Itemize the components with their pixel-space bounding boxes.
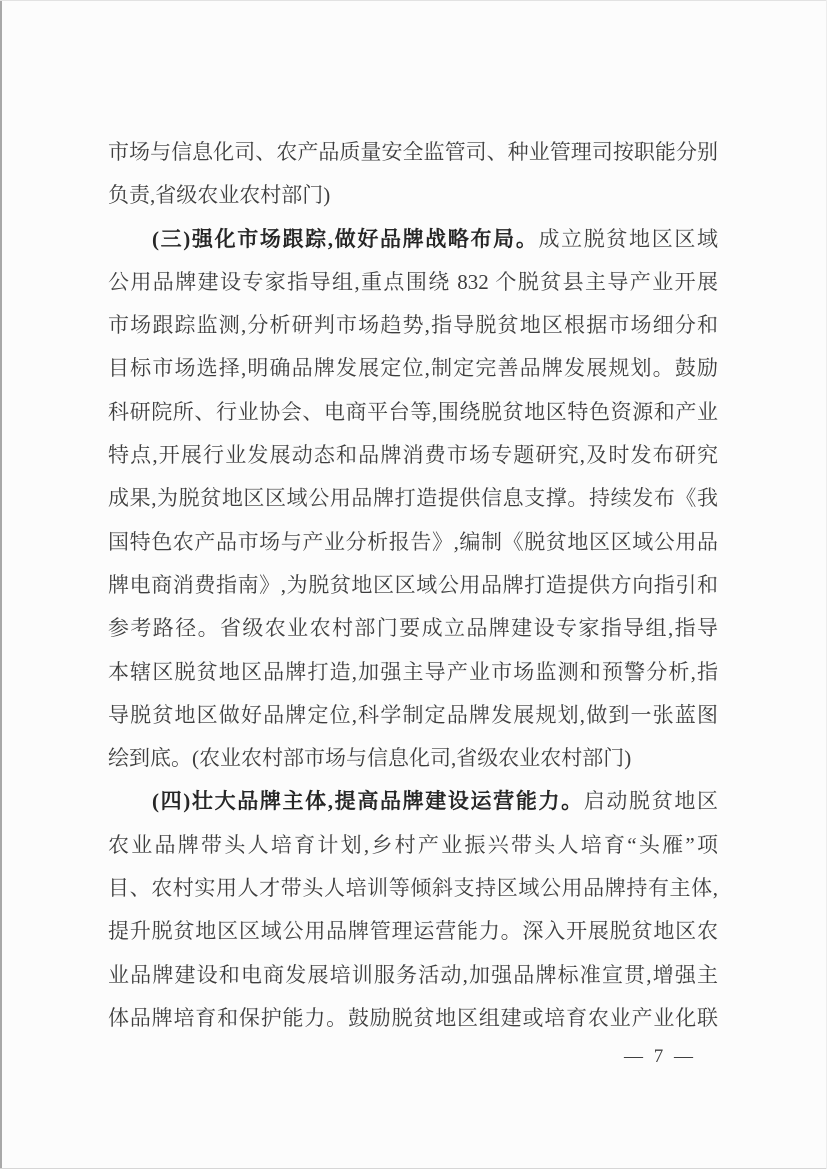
text-line: 参考路径。省级农业农村部门要成立品牌建设专家指导组,指导 [108,607,718,650]
scan-edge-top [0,0,827,1]
text-line-text: 业品牌建设和电商发展培训服务活动,加强品牌标准宣贯,增强主 [108,963,718,987]
text-line-text: 本辖区脱贫地区品牌打造,加强主导产业市场监测和预警分析,指 [108,660,718,684]
text-line-text: 科研院所、行业协会、电商平台等,围绕脱贫地区特色资源和产业 [108,400,718,424]
text-line-section-heading: (三)强化市场跟踪,做好品牌战略布局。成立脱贫地区区域 [108,218,718,261]
text-line-text: 牌电商消费指南》,为脱贫地区区域公用品牌打造提供方向指引和 [108,573,718,597]
scan-edge-left [0,0,2,1169]
text-line: 导脱贫地区做好品牌定位,科学制定品牌发展规划,做到一张蓝图 [108,694,718,737]
text-line: 目、农村实用人才带头人培训等倾斜支持区域公用品牌持有主体, [108,867,718,910]
text-line: 科研院所、行业协会、电商平台等,围绕脱贫地区特色资源和产业 [108,391,718,434]
text-line-text: 体品牌培育和保护能力。鼓励脱贫地区组建或培育农业产业化联 [108,1006,718,1030]
text-line-text: 国特色农产品市场与产业分析报告》,编制《脱贫地区区域公用品 [108,530,718,554]
text-line-text: 公用品牌建设专家指导组,重点围绕 832 个脱贫县主导产业开展 [108,270,718,294]
text-line: 体品牌培育和保护能力。鼓励脱贫地区组建或培育农业产业化联 [108,997,718,1040]
document-page: 市场与信息化司、农产品质量安全监管司、种业管理司按职能分别 负责,省级农业农村部… [0,0,827,1169]
text-line: 成果,为脱贫地区区域公用品牌打造提供信息支撑。持续发布《我 [108,477,718,520]
text-line: 市场与信息化司、农产品质量安全监管司、种业管理司按职能分别 [108,131,718,174]
text-line: 特点,开展行业发展动态和品牌消费市场专题研究,及时发布研究 [108,434,718,477]
text-line-bold: (三)强化市场跟踪,做好品牌战略布局。 [152,227,538,251]
text-line-text: 成果,为脱贫地区区域公用品牌打造提供信息支撑。持续发布《我 [108,486,718,510]
document-body-text: 市场与信息化司、农产品质量安全监管司、种业管理司按职能分别 负责,省级农业农村部… [108,131,718,1040]
text-line-text: 市场跟踪监测,分析研判市场趋势,指导脱贫地区根据市场细分和 [108,313,718,337]
text-line: 提升脱贫地区区域公用品牌管理运营能力。深入开展脱贫地区农 [108,910,718,953]
text-line-text: 绘到底。(农业农村部市场与信息化司,省级农业农村部门) [108,746,631,770]
text-line: 农业品牌带头人培育计划,乡村产业振兴带头人培育“头雁”项 [108,824,718,867]
text-line: 目标市场选择,明确品牌发展定位,制定完善品牌发展规划。鼓励 [108,347,718,390]
text-line-text: 农业品牌带头人培育计划,乡村产业振兴带头人培育“头雁”项 [108,833,718,857]
text-line-text: 导脱贫地区做好品牌定位,科学制定品牌发展规划,做到一张蓝图 [108,703,718,727]
text-line-text: 特点,开展行业发展动态和品牌消费市场专题研究,及时发布研究 [108,443,718,467]
text-line-text: 启动脱贫地区 [584,789,718,813]
text-line-text: 参考路径。省级农业农村部门要成立品牌建设专家指导组,指导 [108,616,718,640]
text-line-text: 目、农村实用人才带头人培训等倾斜支持区域公用品牌持有主体, [108,876,718,900]
text-line: 绘到底。(农业农村部市场与信息化司,省级农业农村部门) [108,737,718,780]
text-line-bold: (四)壮大品牌主体,提高品牌建设运营能力。 [152,789,584,813]
text-line-text: 提升脱贫地区区域公用品牌管理运营能力。深入开展脱贫地区农 [108,919,718,943]
text-line-section-heading: (四)壮大品牌主体,提高品牌建设运营能力。启动脱贫地区 [108,780,718,823]
text-line: 牌电商消费指南》,为脱贫地区区域公用品牌打造提供方向指引和 [108,564,718,607]
text-line: 公用品牌建设专家指导组,重点围绕 832 个脱贫县主导产业开展 [108,261,718,304]
text-line: 市场跟踪监测,分析研判市场趋势,指导脱贫地区根据市场细分和 [108,304,718,347]
text-line-text: 成立脱贫地区区域 [538,227,718,251]
text-line-text: 负责,省级农业农村部门) [108,183,330,207]
text-line-text: 目标市场选择,明确品牌发展定位,制定完善品牌发展规划。鼓励 [108,356,718,380]
text-line-text: 市场与信息化司、农产品质量安全监管司、种业管理司按职能分别 [108,140,718,164]
page-number: — 7 — [600,1042,720,1072]
text-line: 国特色农产品市场与产业分析报告》,编制《脱贫地区区域公用品 [108,521,718,564]
text-line: 业品牌建设和电商发展培训服务活动,加强品牌标准宣贯,增强主 [108,954,718,997]
text-line: 本辖区脱贫地区品牌打造,加强主导产业市场监测和预警分析,指 [108,651,718,694]
text-line: 负责,省级农业农村部门) [108,174,718,217]
